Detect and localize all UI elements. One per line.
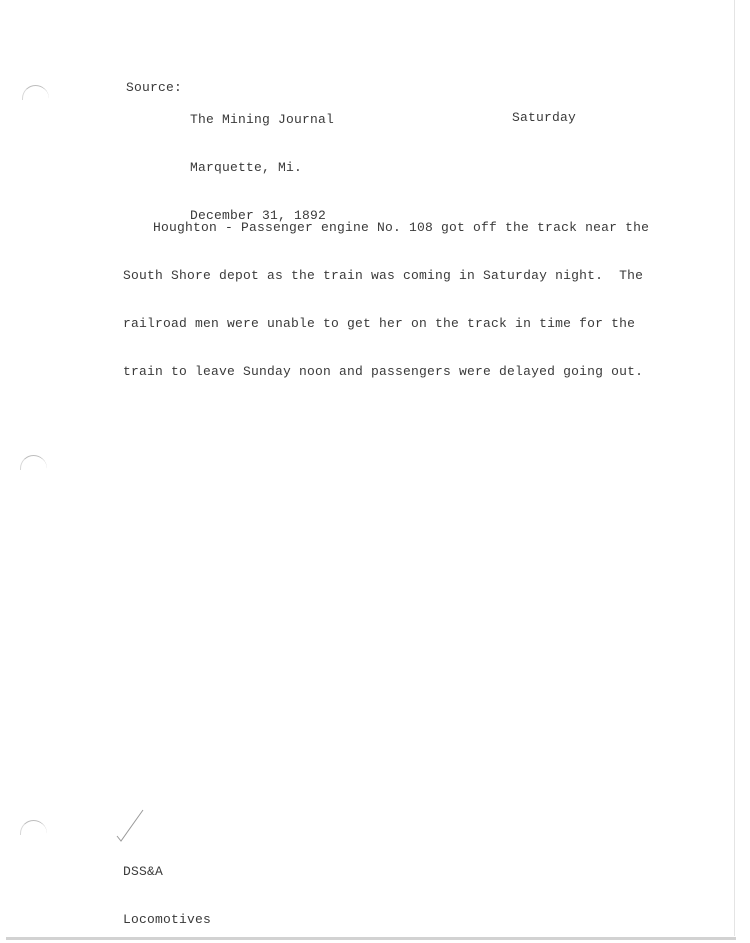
source-publication: The Mining Journal (190, 112, 334, 128)
article-line: Houghton - Passenger engine No. 108 got … (135, 220, 649, 236)
article-line: South Shore depot as the train was comin… (123, 268, 649, 284)
source-label: Source: (126, 80, 182, 96)
article-line: railroad men were unable to get her on t… (123, 316, 649, 332)
page-edge-right (734, 0, 735, 936)
source-location: Marquette, Mi. (190, 160, 334, 176)
filing-footer: DSS&A Locomotives (118, 832, 211, 943)
source-weekday: Saturday (512, 110, 576, 126)
punch-hole-bottom (20, 820, 47, 835)
article-line: train to leave Sunday noon and passenger… (123, 364, 649, 380)
punch-hole-top (22, 85, 49, 100)
article-body: Houghton - Passenger engine No. 108 got … (135, 188, 649, 396)
footer-category: DSS&A (118, 864, 211, 880)
punch-hole-middle (20, 455, 47, 470)
page-edge-bottom (6, 937, 736, 940)
footer-subcategory: Locomotives (118, 912, 211, 928)
